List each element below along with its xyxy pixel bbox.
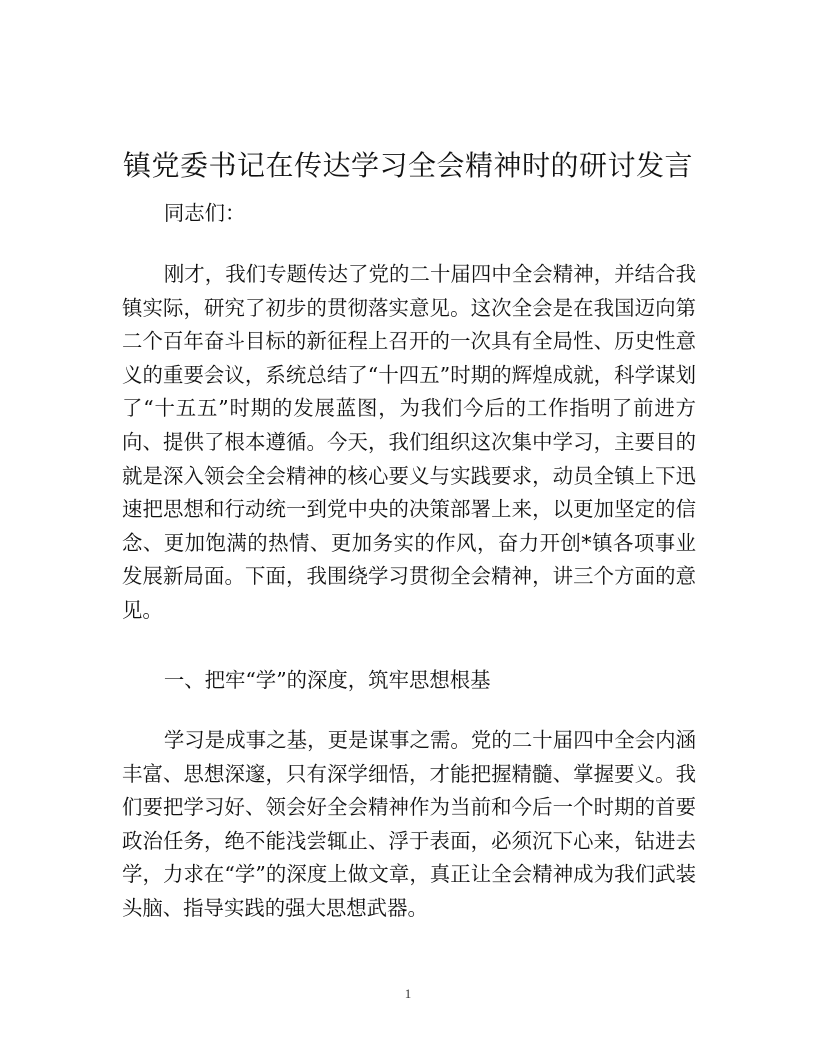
page-number: 1 <box>0 986 816 1002</box>
section-heading-1: 一、把牢“学”的深度，筑牢思想根基 <box>122 664 696 698</box>
intro-paragraph: 刚才，我们专题传达了党的二十届四中全会精神，并结合我镇实际，研究了初步的贯彻落实… <box>122 258 696 628</box>
document-title: 镇党委书记在传达学习全会精神时的研讨发言 <box>0 146 816 186</box>
salutation: 同志们： <box>122 197 696 231</box>
document-page: 镇党委书记在传达学习全会精神时的研讨发言 同志们： 刚才，我们专题传达了党的二十… <box>0 0 816 1056</box>
section-1-paragraph: 学习是成事之基，更是谋事之需。党的二十届四中全会内涵丰富、思想深邃，只有深学细悟… <box>122 724 696 926</box>
